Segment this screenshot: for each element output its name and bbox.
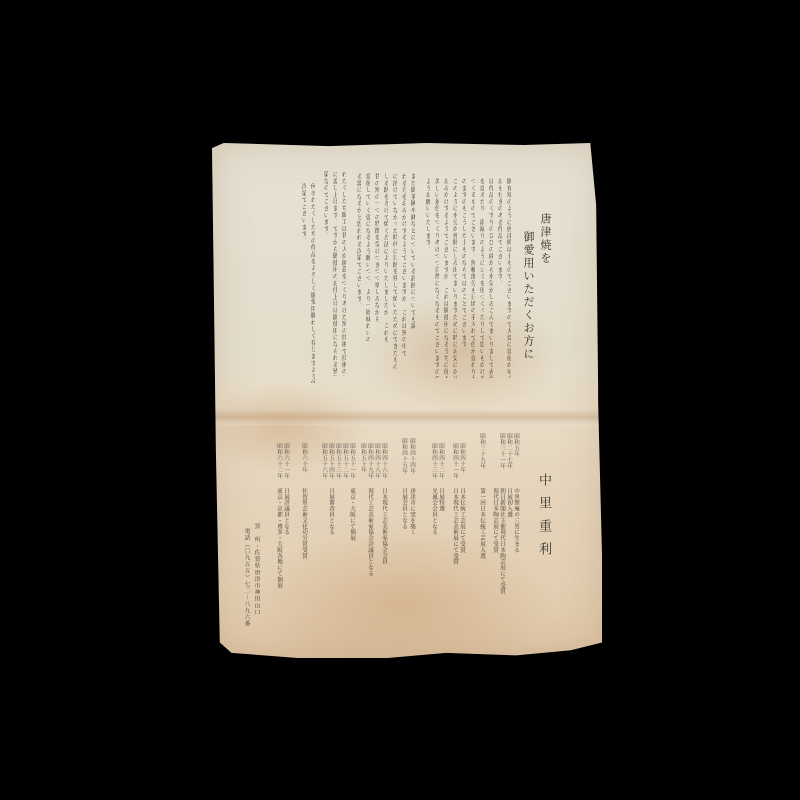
bio-entry: 日本現代工芸美術家協会会員	[380, 488, 388, 618]
bio-year: 昭和四十九年	[366, 443, 374, 483]
bio-year: 昭和六十二年	[275, 443, 283, 483]
bio-entry: 日展初入選	[505, 488, 513, 598]
body-line: また御茶碗や鉢などについている針跡についても論	[409, 173, 415, 373]
bio-entry: 現代工芸美術家協会評議員となる	[366, 488, 374, 618]
signature: 中里重利	[534, 473, 553, 583]
bio-entry: 中里無庵の三男に生まる	[512, 488, 520, 598]
body-line: 御存知のように唐津焼は土ものでございますので大変に変化が早く、その点では	[505, 178, 511, 378]
bio-entry: 唐津市に窯を築く	[408, 488, 416, 598]
bio-year: 昭和四十六年	[380, 443, 388, 483]
bio-year: 昭和四十八年	[373, 443, 381, 483]
bio-year: 昭和三十一年	[498, 433, 506, 473]
body-line: 何卒わたくしたちの作品をよろしく御愛用願わしく存じますよう伏して御願い申し上げる	[309, 183, 315, 383]
body-line: 美しい景色をつくりあげつつ自然になくなるものでございますので御心配なさいません	[433, 178, 439, 378]
body-line: 第なのでございます。	[322, 171, 328, 376]
body-line: 変化していく姿になるよう願いつつ、より一層味わいの	[364, 173, 370, 373]
kiln-address: 窯 所・佐賀県唐津市神田山口	[252, 523, 261, 633]
body-line: 昔の窯の一つの特徴を受けつぎつつ楽しみながら	[373, 173, 379, 373]
bio-year: 昭和四十一年	[451, 443, 459, 483]
bio-year: 昭和五年	[512, 433, 520, 473]
bio-year: 昭和五十年	[359, 443, 367, 483]
fold-crease	[212, 409, 602, 425]
body-line: る器になるかと思われる次第でございます。	[355, 173, 361, 373]
bio-entry: 日本伝統工芸展にて受賞	[458, 488, 466, 618]
bio-entry: 日展会員となる	[400, 488, 408, 598]
body-line: しる跡をさけて焼く方法によりいたしましたが、これも	[382, 173, 388, 373]
bio-entry: 日展評議員となる	[282, 488, 290, 598]
bio-year: 昭和五十三年	[334, 443, 342, 483]
body-line: は作品のくすりのひびの間から水気がしみこんでまいりまして表面のくすりの色	[487, 178, 493, 378]
body-line: に差し上げます。ですから御使用のお仕上げは御使用になられる皆様のお手入れ次	[331, 171, 337, 376]
bio-entry: 東京・京都・博多・大阪各地にて個展	[275, 488, 283, 618]
body-line: おみかけするようでございますが、これは御使用になるうちに徐々に止まるものでござい…	[442, 178, 448, 378]
body-line: おもむきのある作品でございます。	[496, 178, 502, 378]
body-line: つくるものでございます。無釉部分も日頃の手入れで色が変わり大方の御趣向に富むもの…	[469, 178, 475, 378]
bio-year: 昭和二十七年	[505, 433, 513, 473]
title-line-1: 唐津焼を	[537, 213, 553, 303]
title-line-2: 御愛用いただくお方に	[520, 231, 536, 391]
bio-year: 昭和四十五年	[400, 438, 408, 478]
bio-entry: 日展特選	[437, 488, 445, 598]
bio-entry: 佐賀県芸術文化功労賞受賞	[300, 488, 308, 598]
body-line: わる方をおみかけするようでございますが、これは窯の中で	[400, 173, 406, 373]
bio-year: 昭和四十二年	[437, 443, 445, 483]
bio-entry: 第一回日本伝統工芸展入選	[478, 488, 486, 618]
bio-entry: 東京・大阪にて個展	[348, 488, 356, 598]
bio-entry: 光風会会員となる	[430, 488, 438, 598]
body-line: ようお願いいたします。	[424, 178, 430, 378]
bio-entry: 日本現代工芸美術展にて受賞	[451, 488, 459, 618]
bio-year: 昭和六十一年	[282, 443, 290, 483]
bio-year: 昭和五十四年	[327, 443, 335, 483]
bio-entry: 現代日本陶芸展にて受賞	[491, 488, 499, 618]
bio-entry: 日展審査員となる	[327, 488, 335, 598]
body-line: わたくしたち陶工は昔の人が創意をつくりあげた窯の技術で技術のお手入れ	[340, 171, 346, 376]
bio-year: 昭和六十年	[300, 443, 308, 483]
leaflet-paper: 唐津焼を 御愛用いただくお方に 御存知のように唐津焼は土ものでございますので大変…	[212, 143, 602, 658]
bio-year: 昭和五十一年	[348, 443, 356, 483]
phone-number: 電話（〇九五五）七二－八九六番	[242, 528, 251, 638]
body-line: このように水分が外側にしみ出てまいりますために時にお気にかけられる方も	[451, 178, 457, 378]
body-line: を変えたり、雨漏りのようにシミを形づくったりして思いもかけぬ面白い景色を	[478, 178, 484, 378]
bio-year: 昭和四十三年	[430, 443, 438, 483]
bio-year: 昭和五十二年	[341, 443, 349, 483]
body-line: に溶けていなかった時代に目跡を残して焼いたためにできたもの	[391, 173, 397, 373]
bio-year: 昭和四十年	[458, 443, 466, 483]
bio-year: 昭和五十六年	[320, 443, 328, 483]
bio-year: 昭和四十四年	[408, 438, 416, 478]
body-line: のますのもこうした土ものならではのことでございます。	[460, 178, 466, 378]
body-line: 次第でございます。	[300, 183, 306, 383]
bio-entry: 朝日新聞社主催現代日本陶芸展にて受賞	[498, 488, 506, 618]
bio-year: 昭和三十九年	[478, 433, 486, 473]
